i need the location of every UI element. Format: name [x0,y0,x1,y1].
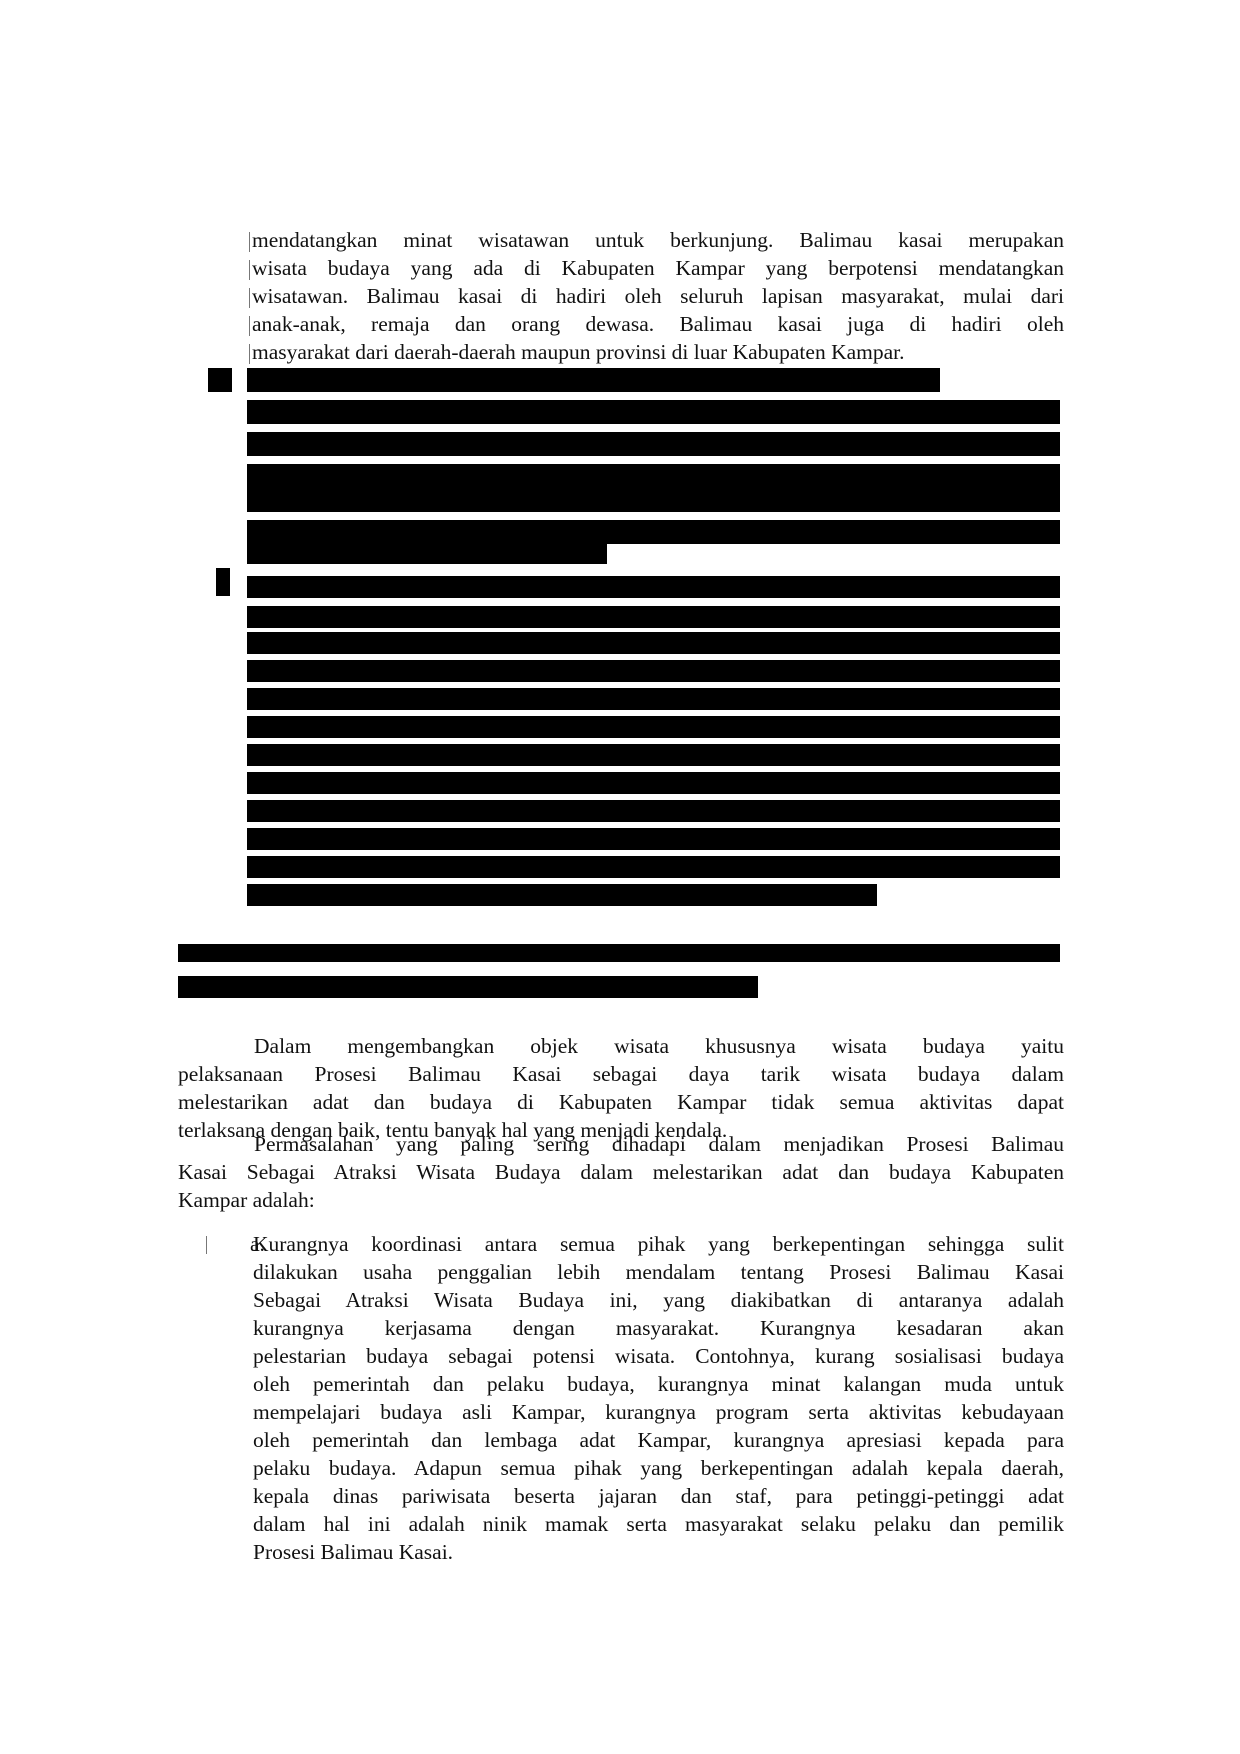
paragraph-constraints: Dalam mengembangkan objek wisata khususn… [178,1032,1064,1144]
text-line: mempelajari budaya asli Kampar, kurangny… [253,1398,1064,1426]
text-line: dalam hal ini adalah ninik mamak serta m… [253,1510,1064,1538]
text-line: dilakukan usaha penggalian lebih mendala… [253,1258,1064,1286]
text-line: kepala dinas pariwisata beserta jajaran … [253,1482,1064,1510]
text-line: oleh pemerintah dan lembaga adat Kampar,… [253,1426,1064,1454]
redaction-bar [247,660,1060,682]
text-line: melestarikan adat dan budaya di Kabupate… [178,1088,1064,1116]
redaction-bar [247,856,1060,878]
margin-mark [206,1236,207,1254]
redaction-bar [247,576,1060,598]
redaction-bar-heading [178,944,1060,962]
list-marker: a. [250,1230,265,1258]
redaction-bar [247,884,877,906]
margin-mark [249,344,250,364]
text-line: pelaksanaan Prosesi Balimau Kasai sebaga… [178,1060,1064,1088]
redaction-bar [247,632,1060,654]
paragraph-problems-intro: Permasalahan yang paling sering dihadapi… [178,1130,1064,1214]
text-line: wisatawan. Balimau kasai di hadiri oleh … [252,282,1064,310]
redaction-bar [247,544,607,564]
redaction-bar [247,520,1060,544]
text-line: mendatangkan minat wisatawan untuk berku… [252,226,1064,254]
redaction-bar [247,772,1060,794]
margin-mark [249,232,250,252]
text-line: wisata budaya yang ada di Kabupaten Kamp… [252,254,1064,282]
text-line: Kurangnya koordinasi antara semua pihak … [253,1230,1064,1258]
text-line: oleh pemerintah dan pelaku budaya, kuran… [253,1370,1064,1398]
redaction-bar-heading [178,976,758,998]
redaction-marker [208,368,232,392]
redaction-bar [247,716,1060,738]
text-line: Prosesi Balimau Kasai. [253,1538,1064,1566]
redaction-bar [247,400,1060,424]
redaction-bar [247,432,1060,456]
text-line: anak-anak, remaja dan orang dewasa. Bali… [252,310,1064,338]
text-line: Dalam mengembangkan objek wisata khususn… [178,1032,1064,1060]
redaction-bar [247,828,1060,850]
text-line: masyarakat dari daerah-daerah maupun pro… [252,338,1064,366]
text-line: Permasalahan yang paling sering dihadapi… [178,1130,1064,1158]
margin-mark [249,260,250,280]
redaction-bar [247,800,1060,822]
redaction-bar [247,688,1060,710]
redaction-bar [247,464,1060,488]
redaction-bar [247,368,940,392]
redaction-marker [216,568,230,596]
redaction-bar [247,606,1060,628]
problem-list: a. Kurangnya koordinasi antara semua pih… [178,1230,1064,1566]
text-line: pelaku budaya. Adapun semua pihak yang b… [253,1454,1064,1482]
document-page: mendatangkan minat wisatawan untuk berku… [0,0,1240,1754]
redaction-bar [247,744,1060,766]
text-line: kurangnya kerjasama dengan masyarakat. K… [253,1314,1064,1342]
text-line: Kampar adalah: [178,1186,1064,1214]
list-item-text: Kurangnya koordinasi antara semua pihak … [253,1230,1064,1566]
text-line: pelestarian budaya sebagai potensi wisat… [253,1342,1064,1370]
list-item: a. Kurangnya koordinasi antara semua pih… [178,1230,1064,1566]
margin-mark [249,316,250,336]
margin-mark [249,288,250,308]
text-line: Sebagai Atraksi Wisata Budaya ini, yang … [253,1286,1064,1314]
redaction-bar [247,488,1060,512]
text-line: Kasai Sebagai Atraksi Wisata Budaya dala… [178,1158,1064,1186]
top-paragraph: mendatangkan minat wisatawan untuk berku… [252,226,1064,366]
